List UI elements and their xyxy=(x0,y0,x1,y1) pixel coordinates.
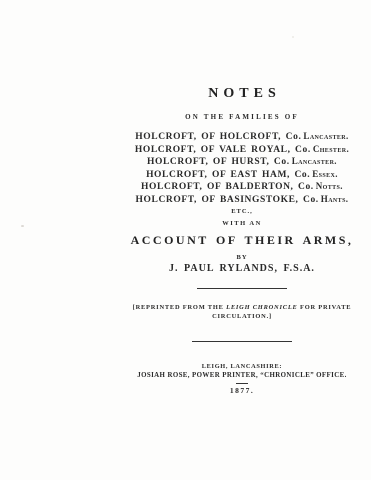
book-title: NOTES xyxy=(112,87,371,101)
family-line: HOLCROFT, OF BASINGSTOKE, Co.Hants. xyxy=(112,195,371,206)
family-name: HOLCROFT, OF HURST, Co. xyxy=(147,157,290,167)
family-county: Chester. xyxy=(313,144,349,154)
family-line: HOLCROFT, OF HURST, Co.Lancaster. xyxy=(112,157,371,168)
imprint-place: LEIGH, LANCASHIRE: xyxy=(112,364,371,370)
family-county: Notts. xyxy=(316,181,343,191)
with-an-line: WITH AN xyxy=(112,221,371,228)
scan-speck xyxy=(21,225,24,227)
family-name: HOLCROFT, OF VALE ROYAL, Co. xyxy=(135,145,311,155)
family-line: HOLCROFT, OF BALDERTON, Co.Notts. xyxy=(112,182,371,193)
by-label: BY xyxy=(112,255,371,262)
etc-line: ETC., xyxy=(112,209,371,216)
scanned-title-page: NOTES ON THE FAMILIES OF HOLCROFT, OF HO… xyxy=(0,0,371,480)
reprint-post: FOR PRIVATE xyxy=(298,304,352,311)
title-page-text-column: NOTES ON THE FAMILIES OF HOLCROFT, OF HO… xyxy=(112,0,371,480)
book-subtitle: ON THE FAMILIES OF xyxy=(112,114,371,121)
family-line: HOLCROFT, OF VALE ROYAL, Co.Chester. xyxy=(112,145,371,156)
imprint-printer: JOSIAH ROSE, POWER PRINTER, “CHRONICLE” … xyxy=(112,373,371,380)
publication-year: 1877. xyxy=(112,387,371,395)
year-divider-rule xyxy=(236,383,248,384)
family-name: HOLCROFT, OF BALDERTON, Co. xyxy=(141,182,314,192)
family-county: Lancaster. xyxy=(292,156,337,166)
reprint-pre: [REPRINTED FROM THE xyxy=(133,304,226,311)
author-name: J. PAUL RYLANDS, F.S.A. xyxy=(112,264,371,274)
family-name: HOLCROFT, OF BASINGSTOKE, Co. xyxy=(136,195,319,205)
family-county: Essex. xyxy=(312,169,338,179)
divider-rule-middle xyxy=(192,341,292,342)
reprint-notice: [REPRINTED FROM THE LEIGH CHRONICLE FOR … xyxy=(112,304,371,321)
account-title: ACCOUNT OF THEIR ARMS, xyxy=(112,234,371,246)
reprint-source-italic: LEIGH CHRONICLE xyxy=(226,304,297,311)
divider-rule-top xyxy=(197,288,287,289)
family-name: HOLCROFT, OF EAST HAM, Co. xyxy=(146,170,310,180)
family-county: Lancaster. xyxy=(303,131,348,141)
family-county: Hants. xyxy=(321,194,349,204)
family-line: HOLCROFT, OF EAST HAM, Co.Essex. xyxy=(112,170,371,181)
family-line: HOLCROFT, OF HOLCROFT, Co.Lancaster. xyxy=(112,132,371,143)
reprint-line2: CIRCULATION.] xyxy=(212,313,272,320)
family-name: HOLCROFT, OF HOLCROFT, Co. xyxy=(135,132,301,142)
